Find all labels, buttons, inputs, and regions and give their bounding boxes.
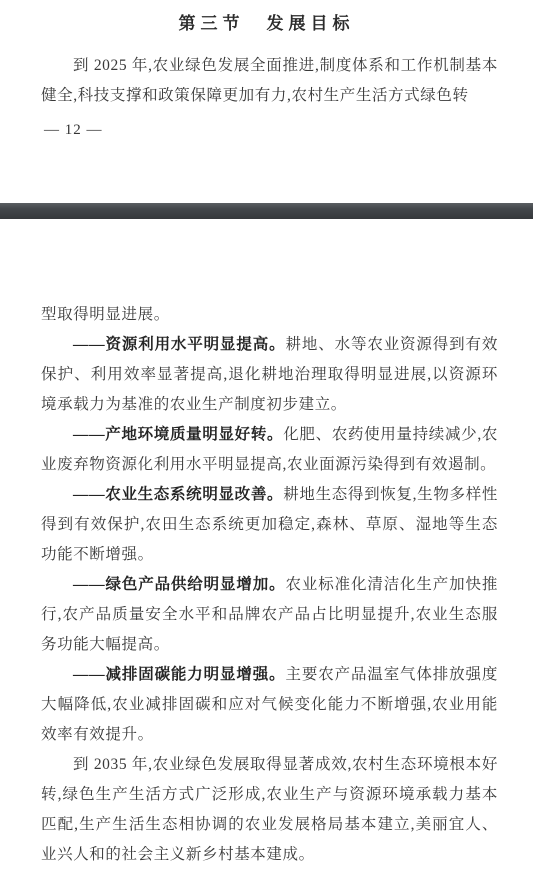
bullet-lead: ——产地环境质量明显好转。 <box>73 426 283 443</box>
page-12: 第三节 发展目标 到 2025 年,农业绿色发展全面推进,制度体系和工作机制基本… <box>0 0 533 111</box>
bullet-lead: ——绿色产品供给明显增加。 <box>73 576 286 593</box>
page-gap-bar <box>0 203 533 219</box>
bullet-lead: ——资源利用水平明显提高。 <box>73 336 286 353</box>
bullet-paragraph-eco-system: ——农业生态系统明显改善。耕地生态得到恢复,生物多样性得到有效保护,农田生态系统… <box>0 480 533 570</box>
document-viewport[interactable]: 第三节 发展目标 到 2025 年,农业绿色发展全面推进,制度体系和工作机制基本… <box>0 0 533 877</box>
page-number: — 12 — <box>44 122 103 139</box>
paragraph-continuation: 型取得明显进展。 <box>0 300 533 330</box>
paragraph-2025-goals: 到 2025 年,农业绿色发展全面推进,制度体系和工作机制基本健全,科技支撑和政… <box>0 51 533 111</box>
page-13: 型取得明显进展。 ——资源利用水平明显提高。耕地、水等农业资源得到有效保护、利用… <box>0 300 533 870</box>
bullet-lead: ——农业生态系统明显改善。 <box>73 486 283 503</box>
section-heading: 第三节 发展目标 <box>0 14 533 34</box>
bullet-lead: ——减排固碳能力明显增强。 <box>73 666 286 683</box>
paragraph-2035-goals: 到 2035 年,农业绿色发展取得显著成效,农村生态环境根本好转,绿色生产生活方… <box>0 750 533 870</box>
bullet-paragraph-carbon-reduction: ——减排固碳能力明显增强。主要农产品温室气体排放强度大幅降低,农业减排固碳和应对… <box>0 660 533 750</box>
bullet-paragraph-green-products: ——绿色产品供给明显增加。农业标准化清洁化生产加快推行,农产品质量安全水平和品牌… <box>0 570 533 660</box>
bullet-paragraph-environment-quality: ——产地环境质量明显好转。化肥、农药使用量持续减少,农业废弃物资源化利用水平明显… <box>0 420 533 480</box>
bullet-paragraph-resource-use: ——资源利用水平明显提高。耕地、水等农业资源得到有效保护、利用效率显著提高,退化… <box>0 330 533 420</box>
